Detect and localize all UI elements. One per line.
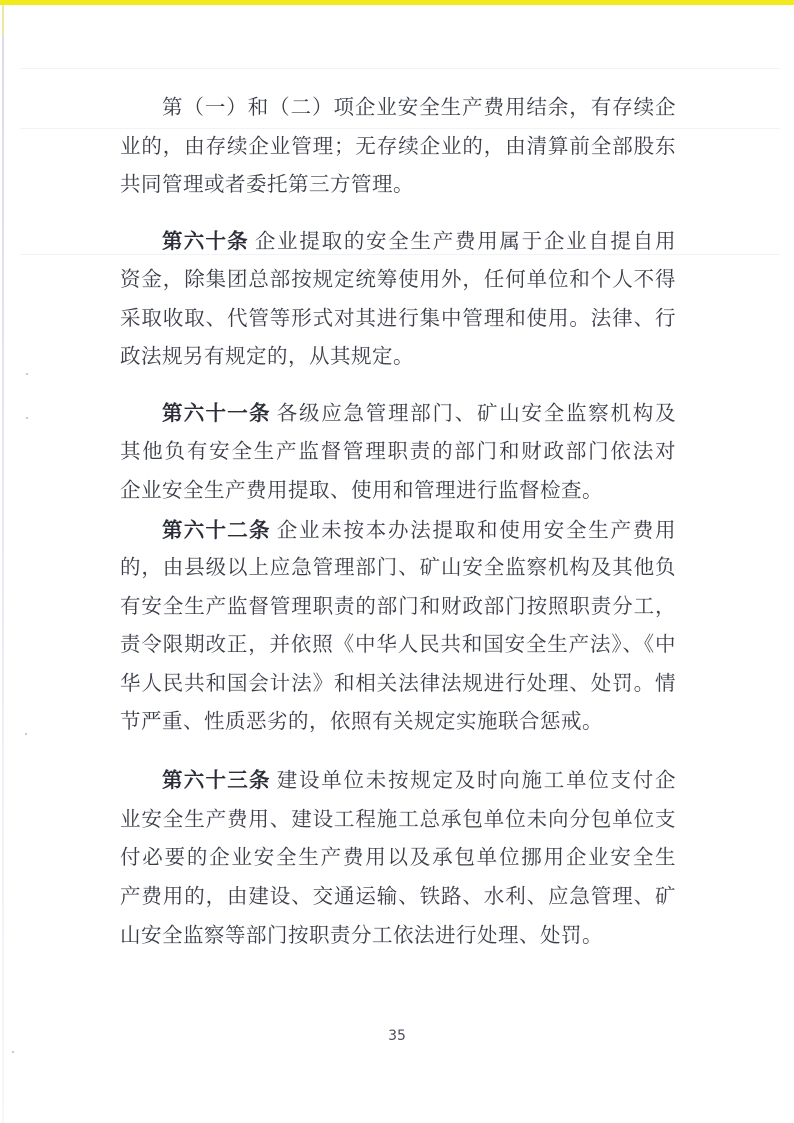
text-line: 节严重、性质恶劣的，依照有关规定实施联合惩戒。 bbox=[120, 707, 676, 735]
line-text: 企业提取的安全生产费用属于企业自提自用 bbox=[255, 229, 676, 253]
line-text: 各级应急管理部门、矿山安全监察机构及 bbox=[277, 401, 676, 425]
text-line: 采取收取、代管等形式对其进行集中管理和使用。法律、行 bbox=[120, 304, 676, 332]
article-number: 第六十三条 bbox=[162, 768, 271, 792]
text-line: 有安全生产监督管理职责的部门和财政部门按照职责分工， bbox=[120, 592, 676, 620]
text-line: 第六十三条建设单位未按规定及时向施工单位支付企 bbox=[162, 766, 676, 794]
text-line: 第六十条企业提取的安全生产费用属于企业自提自用 bbox=[162, 227, 676, 255]
text-line: 产费用的，由建设、交通运输、铁路、水利、应急管理、矿 bbox=[120, 882, 676, 910]
text-line: 责令限期改正，并依照《中华人民共和国安全生产法》、《中 bbox=[120, 630, 676, 658]
article-number: 第六十条 bbox=[162, 229, 249, 253]
text-line: 业安全生产费用、建设工程施工总承包单位未向分包单位支 bbox=[120, 805, 676, 833]
text-line: 华人民共和国会计法》和相关法律法规进行处理、处罚。情 bbox=[120, 669, 676, 697]
text-line: 共同管理或者委托第三方管理。 bbox=[120, 170, 676, 198]
line-text: 建设单位未按规定及时向施工单位支付企 bbox=[277, 768, 676, 792]
text-line: 资金，除集团总部按规定统筹使用外，任何单位和个人不得 bbox=[120, 265, 676, 293]
text-line: 付必要的企业安全生产费用以及承包单位挪用企业安全生 bbox=[120, 843, 676, 871]
page-number: 35 bbox=[0, 1028, 794, 1044]
text-line: 的，由县级以上应急管理部门、矿山安全监察机构及其他负 bbox=[120, 553, 676, 581]
text-line: 业的，由存续企业管理；无存续企业的，由清算前全部股东 bbox=[120, 132, 676, 160]
text-line: 其他负有安全生产监督管理职责的部门和财政部门依法对 bbox=[120, 437, 676, 465]
article-number: 第六十二条 bbox=[162, 518, 271, 542]
text-line: 第六十二条企业未按本办法提取和使用安全生产费用 bbox=[162, 516, 676, 544]
text-line: 山安全监察等部门按职责分工依法进行处理、处罚。 bbox=[120, 921, 676, 949]
text-line: 第（一）和（二）项企业安全生产费用结余，有存续企 bbox=[162, 93, 676, 121]
text-line: 第六十一条各级应急管理部门、矿山安全监察机构及 bbox=[162, 399, 676, 427]
document-page: 第（一）和（二）项企业安全生产费用结余，有存续企 业的，由存续企业管理；无存续企… bbox=[0, 0, 794, 1123]
article-number: 第六十一条 bbox=[162, 401, 271, 425]
text-line: 政法规另有规定的，从其规定。 bbox=[120, 342, 676, 370]
line-text: 企业未按本办法提取和使用安全生产费用 bbox=[277, 518, 676, 542]
text-line: 企业安全生产费用提取、使用和管理进行监督检查。 bbox=[120, 476, 676, 504]
